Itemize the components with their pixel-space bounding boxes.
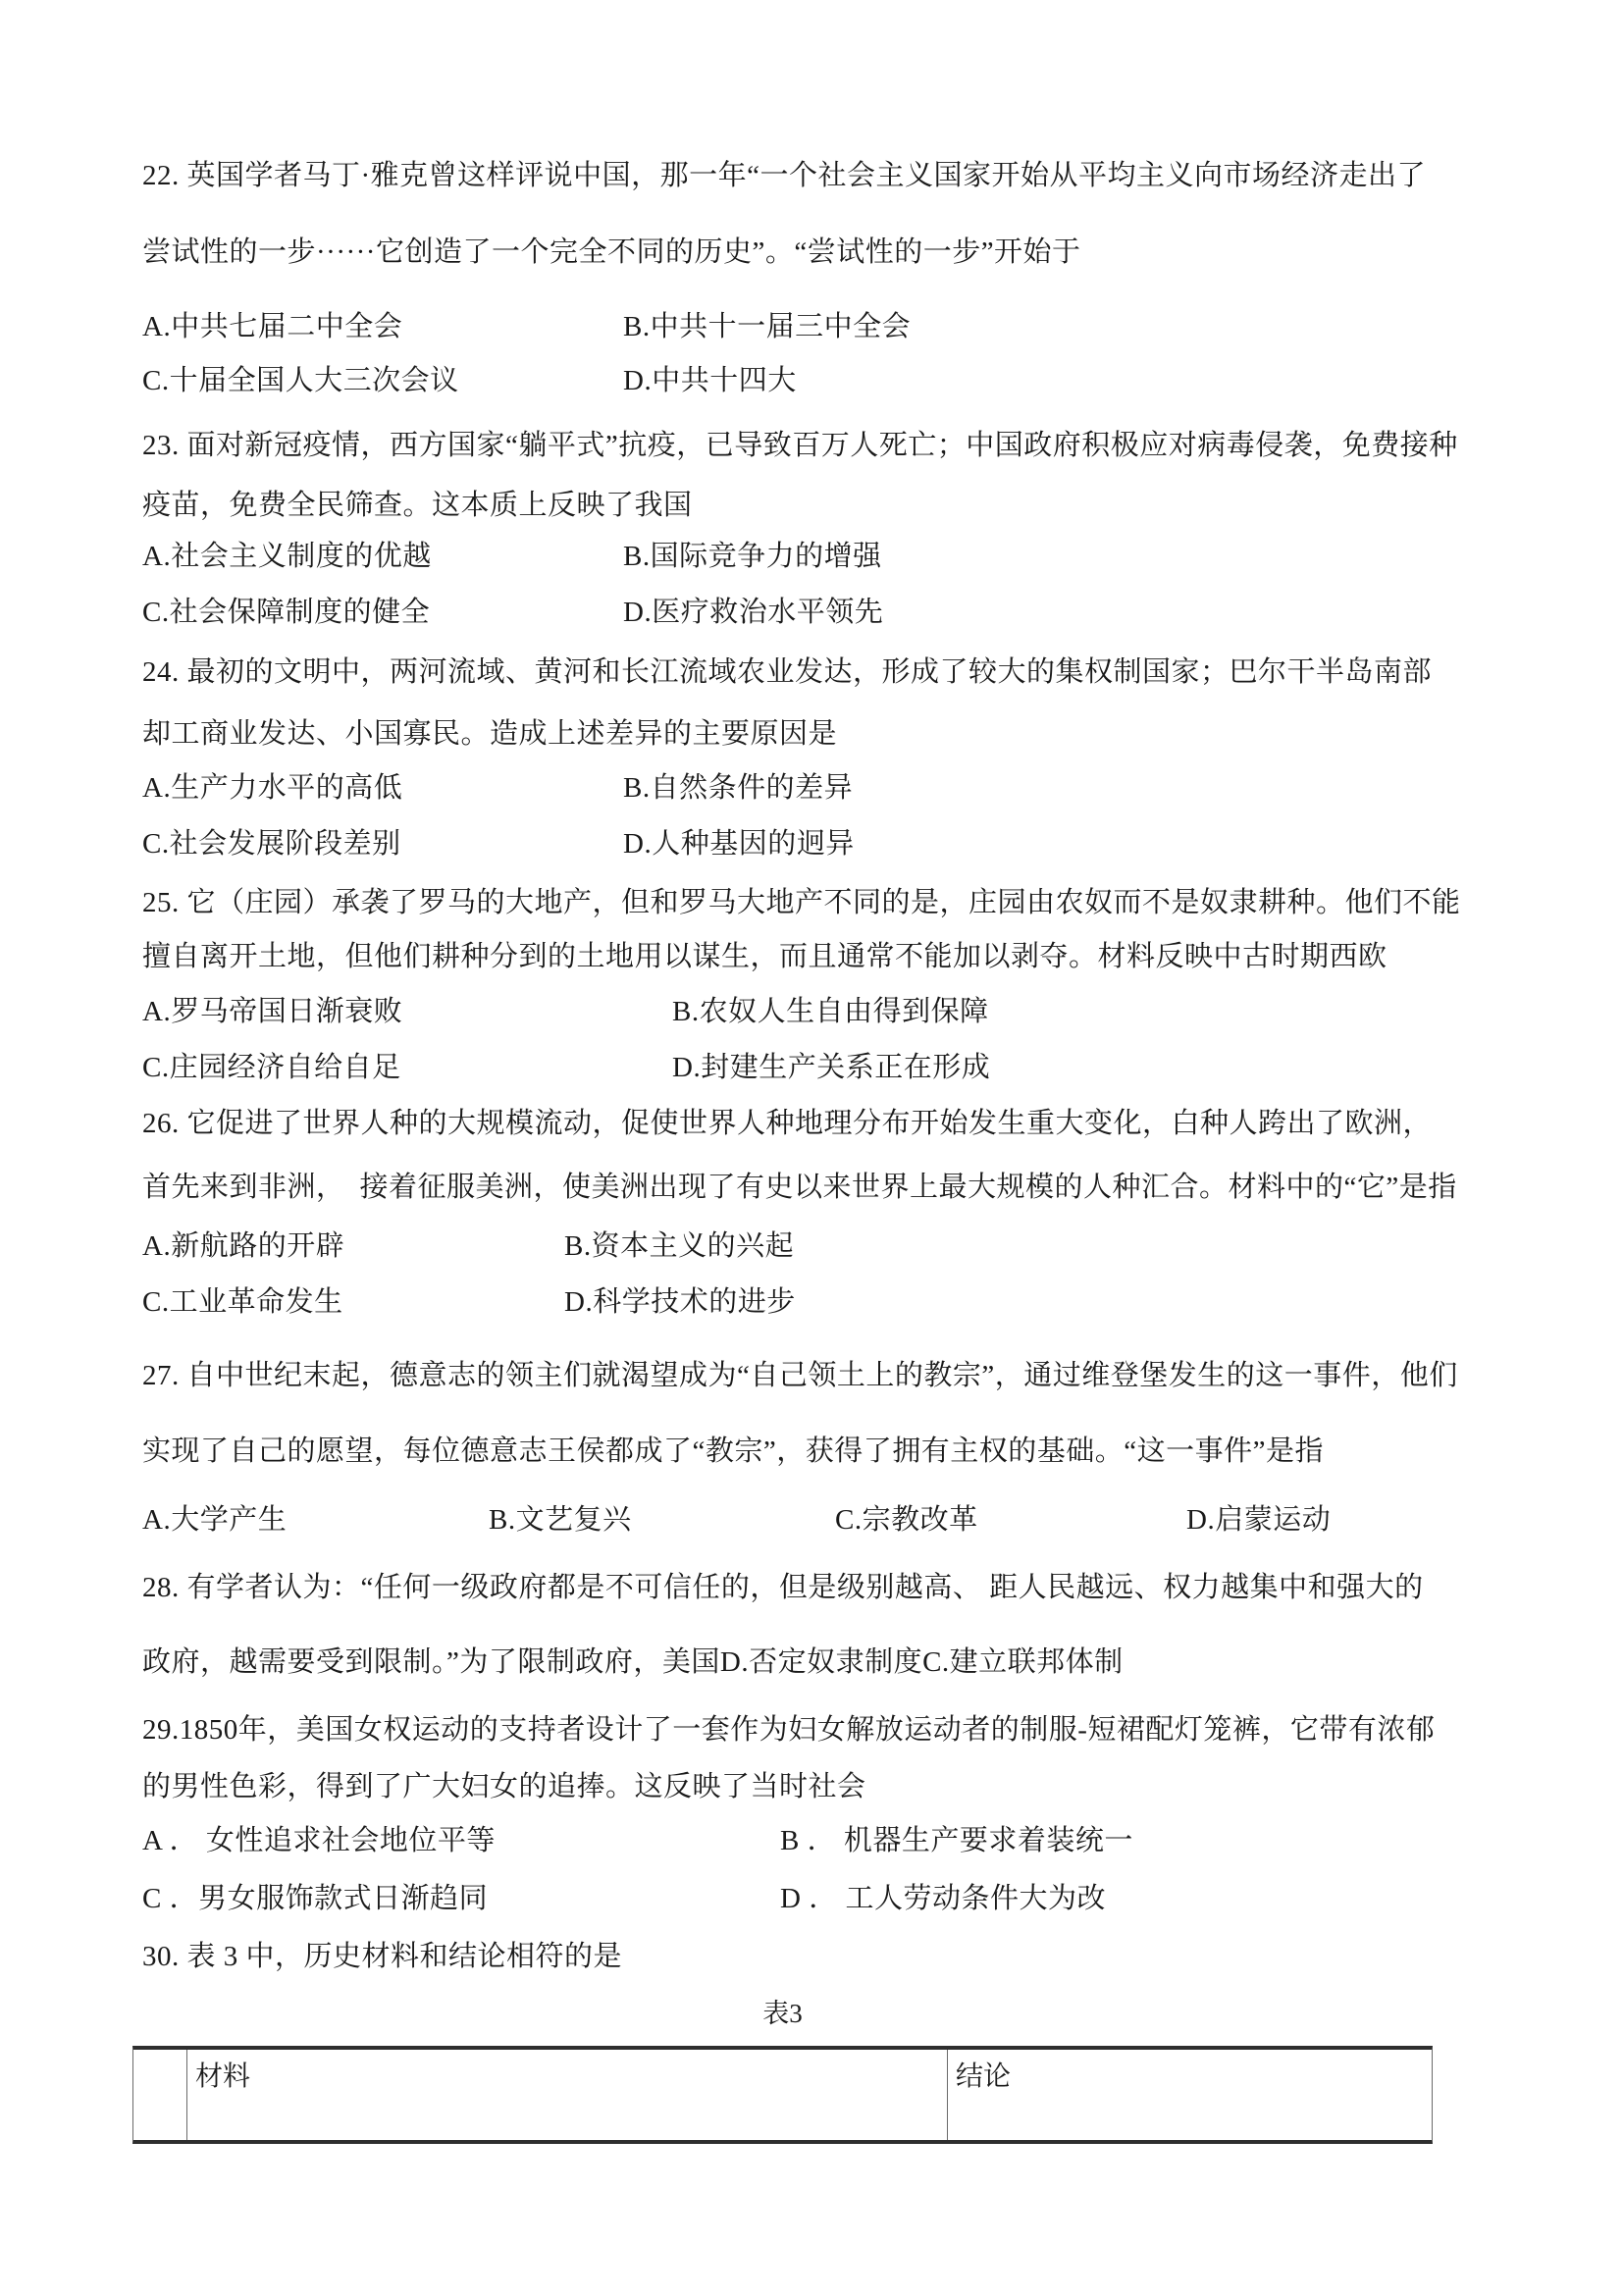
question-29-option-a: A ． 女性追求社会地位平等 (142, 1824, 780, 1857)
table3: 材料 结论 (132, 2046, 1433, 2144)
question-27-option-a: A.大学产生 (142, 1503, 489, 1537)
question-29-text-line-1: 29.1850年，美国女权运动的支持者设计了一套作为妇女解放运动者的制服-短裙配… (142, 1713, 1435, 1747)
question-24-option-d: D.人种基因的迥异 (623, 827, 855, 861)
question-26-option-b: B.资本主义的兴起 (564, 1229, 794, 1263)
question-27-text-line-2: 实现了自己的愿望，每位德意志王侯都成了“教宗”，获得了拥有主权的基础。“这一事件… (142, 1435, 1324, 1468)
question-28-text-line-2: 政府，越需要受到限制。”为了限制政府，美国D.否定奴隶制度C.建立联邦体制 (142, 1645, 1124, 1679)
question-23-option-a: A.社会主义制度的优越 (142, 540, 623, 573)
question-24-options-row-ab: A.生产力水平的高低 B.自然条件的差异 (142, 771, 853, 805)
question-26-text-line-1: 26. 它促进了世界人种的大规模流动，促使世界人种地理分布开始发生重大变化，白种… (142, 1107, 1432, 1140)
question-24-option-b: B.自然条件的差异 (623, 771, 853, 805)
question-24-text-line-2: 却工商业发达、小国寡民。造成上述差异的主要原因是 (142, 717, 837, 751)
question-28-text-line-1: 28. 有学者认为：“任何一级政府都是不可信任的，但是级别越高、 距人民越远、权… (142, 1571, 1424, 1604)
question-25-option-c: C.庄园经济自给自足 (142, 1051, 672, 1084)
question-29-text-line-2: 的男性色彩，得到了广大妇女的追捧。这反映了当时社会 (142, 1770, 866, 1803)
question-26-option-a: A.新航路的开辟 (142, 1229, 564, 1263)
question-22-text-line-1: 22. 英国学者马丁·雅克曾这样评说中国，那一年“一个社会主义国家开始从平均主义… (142, 159, 1426, 192)
question-29-options-row-ab: A ． 女性追求社会地位平等 B ． 机器生产要求着装统一 (142, 1824, 1133, 1857)
question-27-options-row: A.大学产生 B.文艺复兴 C.宗教改革 D.启蒙运动 (142, 1503, 1331, 1537)
question-26-options-row-cd: C.工业革命发生 D.科学技术的进步 (142, 1285, 796, 1319)
question-23-option-d: D.医疗救治水平领先 (623, 596, 883, 629)
question-22-option-d: D.中共十四大 (623, 364, 797, 397)
question-25-text-line-1: 25. 它（庄园）承袭了罗马的大地产，但和罗马大地产不同的是，庄园由农奴而不是奴… (142, 886, 1461, 919)
question-22-option-c: C.十届全国人大三次会议 (142, 364, 623, 397)
question-25-option-a: A.罗马帝国日渐衰败 (142, 995, 672, 1028)
table3-caption: 表3 (132, 1999, 1433, 2028)
question-27-option-d: D.启蒙运动 (1186, 1503, 1331, 1537)
exam-page: 22. 英国学者马丁·雅克曾这样评说中国，那一年“一个社会主义国家开始从平均主义… (0, 0, 1623, 2296)
question-23-text-line-2: 疫苗，免费全民筛查。这本质上反映了我国 (142, 489, 693, 522)
question-25-options-row-ab: A.罗马帝国日渐衰败 B.农奴人生自由得到保障 (142, 995, 989, 1028)
question-22-text-line-2: 尝试性的一步······它创造了一个完全不同的历史”。“尝试性的一步”开始于 (142, 235, 1081, 269)
question-26-options-row-ab: A.新航路的开辟 B.资本主义的兴起 (142, 1229, 794, 1263)
question-24-options-row-cd: C.社会发展阶段差别 D.人种基因的迥异 (142, 827, 855, 861)
question-29-option-b: B ． 机器生产要求着装统一 (780, 1824, 1133, 1857)
question-26-option-c: C.工业革命发生 (142, 1285, 564, 1319)
question-25-option-d: D.封建生产关系正在形成 (672, 1051, 990, 1084)
table3-header-material: 材料 (187, 2050, 948, 2140)
question-29-option-d: D ． 工人劳动条件大为改 (780, 1882, 1106, 1915)
question-22-options-row-cd: C.十届全国人大三次会议 D.中共十四大 (142, 364, 797, 397)
question-27-option-b: B.文艺复兴 (489, 1503, 835, 1537)
question-24-text-line-1: 24. 最初的文明中，两河流域、黄河和长江流域农业发达，形成了较大的集权制国家；… (142, 655, 1432, 689)
question-23-options-row-cd: C.社会保障制度的健全 D.医疗救治水平领先 (142, 596, 883, 629)
question-25-option-b: B.农奴人生自由得到保障 (672, 995, 989, 1028)
question-23-option-b: B.国际竞争力的增强 (623, 540, 882, 573)
question-23-option-c: C.社会保障制度的健全 (142, 596, 623, 629)
question-29-options-row-cd: C ．男女服饰款式日渐趋同 D ． 工人劳动条件大为改 (142, 1882, 1106, 1915)
question-30-text-line-1: 30. 表 3 中，历史材料和结论相符的是 (142, 1940, 622, 1973)
table3-header-empty-cell (133, 2050, 187, 2140)
table3-header-conclusion: 结论 (948, 2050, 1432, 2140)
question-29-option-c: C ．男女服饰款式日渐趋同 (142, 1882, 780, 1915)
question-23-options-row-ab: A.社会主义制度的优越 B.国际竞争力的增强 (142, 540, 882, 573)
question-24-option-a: A.生产力水平的高低 (142, 771, 623, 805)
question-25-options-row-cd: C.庄园经济自给自足 D.封建生产关系正在形成 (142, 1051, 990, 1084)
question-22-option-b: B.中共十一届三中全会 (623, 310, 911, 343)
question-22-option-a: A.中共七届二中全会 (142, 310, 623, 343)
question-22-options-row-ab: A.中共七届二中全会 B.中共十一届三中全会 (142, 310, 911, 343)
question-26-text-line-2: 首先来到非洲， 接着征服美洲，使美洲出现了有史以来世界上最大规模的人种汇合。材料… (142, 1171, 1457, 1204)
question-27-text-line-1: 27. 自中世纪末起，德意志的领主们就渴望成为“自己领土上的教宗”，通过维登堡发… (142, 1359, 1458, 1392)
question-27-option-c: C.宗教改革 (835, 1503, 1186, 1537)
question-25-text-line-2: 擅自离开土地，但他们耕种分到的土地用以谋生，而且通常不能加以剥夺。材料反映中古时… (142, 940, 1387, 973)
question-24-option-c: C.社会发展阶段差别 (142, 827, 623, 861)
question-26-option-d: D.科学技术的进步 (564, 1285, 796, 1319)
question-23-text-line-1: 23. 面对新冠疫情，西方国家“躺平式”抗疫，已导致百万人死亡；中国政府积极应对… (142, 429, 1458, 462)
